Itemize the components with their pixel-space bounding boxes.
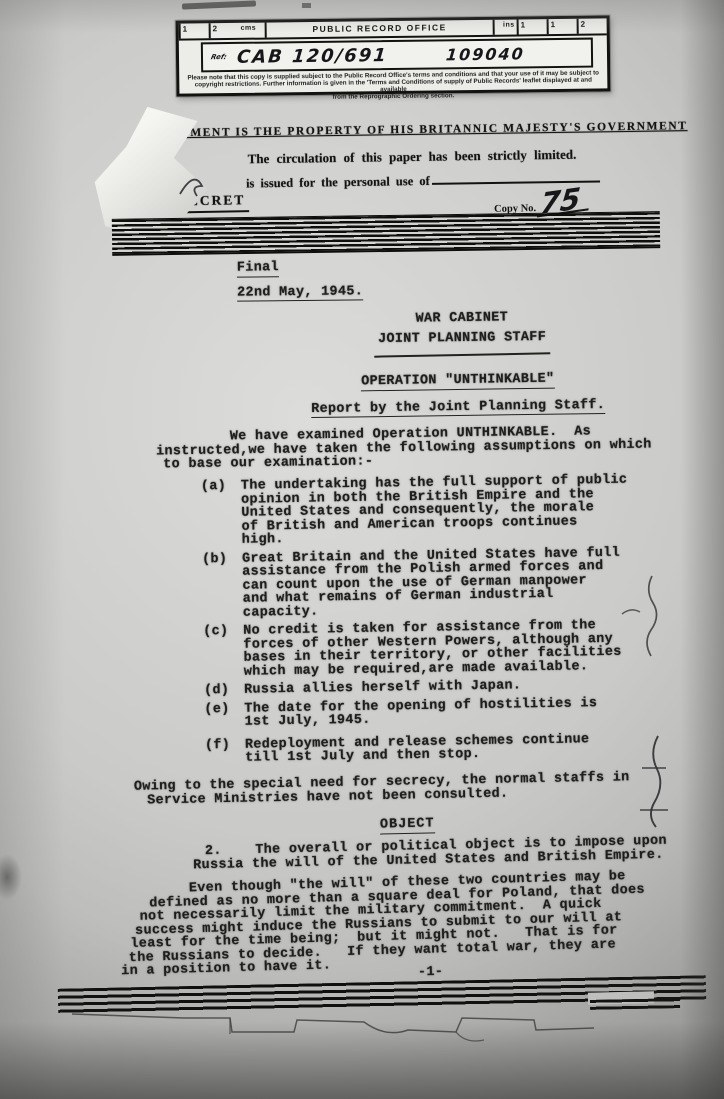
assumption-item: (f) Redeployment and release schemes con… [205,732,632,766]
pro-stamp: 1 2 cms PUBLIC RECORD OFFICE ins 1 1 2 R… [176,15,611,96]
ruler-unit-ins: ins [501,19,517,34]
title-block: OPERATION "UNTHINKABLE" Report by the Jo… [288,372,629,419]
intro-paragraph: We have examined Operation UNTHINKABLE. … [156,425,652,472]
org-line: WAR CABINET [362,308,562,330]
item-label: (f) [205,738,245,766]
ref-label: Ref: [210,53,228,61]
handwritten-squiggle [168,164,212,204]
ruler-unit-cms: cms [239,23,259,38]
pro-title: PUBLIC RECORD OFFICE [264,20,495,38]
ruler-tick: 1 [517,19,547,34]
assumption-item: (b) Great Britain and the United States … [202,546,629,620]
item-lines: Redeployment and release schemes continu… [245,733,590,765]
item-lines: Russia allies herself with Japan. [244,679,521,697]
item-label: (c) [203,625,244,680]
item-label: (b) [202,552,243,620]
status-date-block: Final 22nd May, 1945. [237,260,363,301]
org-line: JOINT PLANNING STAFF [362,328,562,350]
item-lines: The date for the opening of hostilities … [244,697,597,730]
item-label: (a) [201,480,242,548]
item-lines: The undertaking has the full support of … [241,474,628,548]
pro-notice: Please note that this copy is supplied s… [179,68,607,102]
object-heading-text: OBJECT [380,817,435,834]
assumption-item: (e) The date for the opening of hostilit… [204,696,631,730]
document-photo: 1 2 cms PUBLIC RECORD OFFICE ins 1 1 2 R… [0,0,724,1099]
object-paragraph: 2. The overall or political object is to… [193,835,668,873]
ruler-tick: 2 [577,18,607,33]
item-lines: Great Britain and the United States have… [242,546,621,619]
org-underline [374,352,550,357]
scan-edge-mark [182,0,256,9]
item-label: (e) [204,702,244,730]
doc-status: Final [237,261,279,277]
assumption-item: (c) No credit is taken for assistance fr… [203,619,630,680]
scan-edge-mark [302,3,311,8]
assumption-list: (a) The undertaking has the full support… [201,474,632,766]
typed-line: Russia allies herself with Japan. [244,679,521,697]
property-line: DOCUMENT IS THE PROPERTY OF HIS BRITANNI… [150,120,666,139]
page-number: -1- [418,966,444,980]
typed-line: till 1st July and then stop. [245,746,590,765]
reference-box: Ref: CAB 120/691 109040 [201,38,593,73]
doc-subtitle: Report by the Joint Planning Staff. [311,398,605,418]
ref-value: CAB 120/691 [236,45,389,68]
ruler-tick: 1 [547,19,577,34]
striped-rule-band-top [112,211,660,256]
ruler-tick: 2 [209,23,239,38]
item-label: (d) [204,684,244,698]
will-paragraph: Even though "the will" of these two coun… [117,870,647,979]
scan-smudge [0,854,22,900]
ruler-tick: 1 [179,23,209,38]
assumption-item: (a) The undertaking has the full support… [201,474,628,548]
object-heading: OBJECT [380,817,435,834]
doc-date: 22nd May, 1945. [237,285,363,302]
circulation-line: The circulation of this paper has been s… [222,146,602,167]
issued-text: is issued for the personal use of [246,174,430,191]
torn-bottom-edge [64,1004,644,1048]
secrecy-paragraph: Owing to the special need for secrecy, t… [134,771,630,808]
assumption-item: (d) Russia allies herself with Japan. [204,678,631,698]
edge-tear-marks [612,572,684,842]
item-lines: No credit is taken for assistance from t… [243,619,622,679]
ref-number: 109040 [445,44,526,64]
doc-title: OPERATION "UNTHINKABLE" [361,373,554,391]
organisation-block: WAR CABINET JOINT PLANNING STAFF [362,308,563,357]
